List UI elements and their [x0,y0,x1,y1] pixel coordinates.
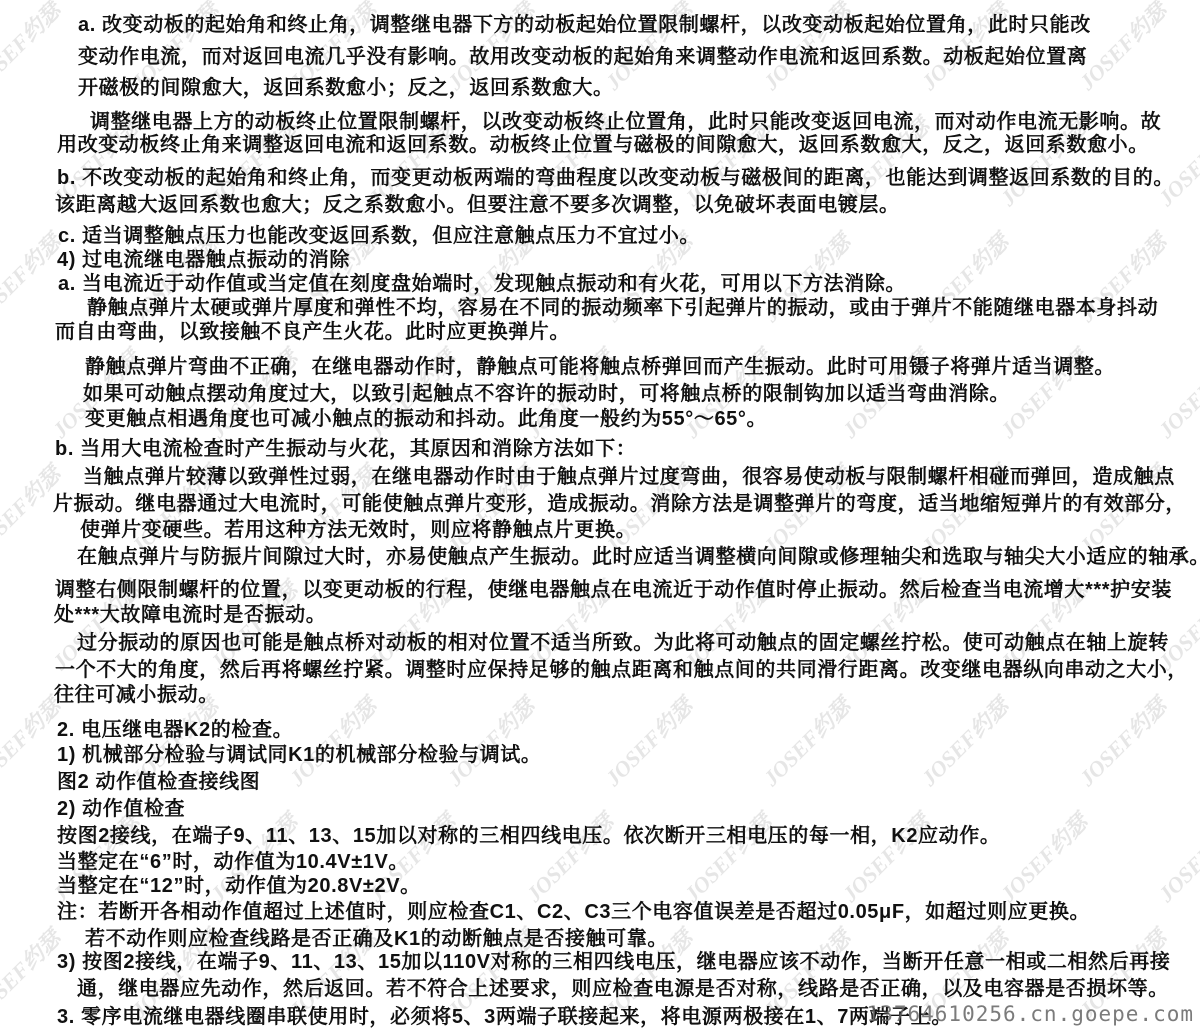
text-line: 开磁极的间隙愈大，返回系数愈小；反之，返回系数愈大。 [78,76,614,100]
text-line: 静触点弹片太硬或弹片厚度和弹性不均，容易在不同的振动频率下引起弹片的振动，或由于… [87,296,1158,320]
text-line: 而自由弯曲，以致接触不良产生火花。此时应更换弹片。 [55,320,570,344]
text-line: 变动作电流，而对返回电流几乎没有影响。故用改变动板的起始角来调整动作电流和返回系… [78,45,1087,69]
brand-watermark: JOSEF约瑟 [282,691,383,792]
brand-watermark: JOSEF约瑟 [1151,807,1200,908]
text-line: 3) 按图2接线，在端子9、11、13、15加以110V对称的三相四线电压，继电… [57,950,1170,974]
text-line: 2. 电压继电器K2的检查。 [57,718,293,742]
text-line: 当整定在“6”时，动作值为10.4V±1V。 [57,850,409,874]
text-line: 按图2接线，在端子9、11、13、15加以对称的三相四线电压。依次断开三相电压的… [57,824,1000,848]
text-line: 2) 动作值检查 [57,797,185,821]
document-page: JOSEF约瑟JOSEF约瑟JOSEF约瑟JOSEF约瑟JOSEF约瑟JOSEF… [0,0,1200,1035]
text-line: 注：若断开各相动作值超过上述值时，则应检查C1、C2、C3三个电容值误差是否超过… [57,900,1090,924]
text-line: 往往可减小振动。 [54,683,219,707]
brand-watermark: JOSEF约瑟 [440,691,541,792]
text-line: 静触点弹片弯曲不正确，在继电器动作时，静触点可能将触点桥弹回而产生振动。此时可用… [85,355,1115,379]
watermark-url: 13764610256.cn.goepe.com [867,1002,1194,1026]
text-line: 一个不大的角度，然后再将螺丝拧紧。调整时应保持足够的触点距离和触点间的共同滑行距… [55,658,1188,682]
text-line: a. 改变动板的起始角和终止角，调整继电器下方的动板起始位置限制螺杆，以改变动板… [78,13,1091,37]
text-line: a. 当电流近于动作值或当定值在刻度盘始端时，发现触点振动和有火花，可用以下方法… [58,272,906,296]
text-line: 1) 机械部分检验与调试同K1的机械部分检验与调试。 [57,743,542,767]
text-line: 使弹片变硬些。若用这种方法无效时，则应将静触点片更换。 [80,518,636,542]
brand-watermark: JOSEF约瑟 [677,807,778,908]
text-line: 调整继电器上方的动板终止位置限制螺杆，以改变动板终止位置角，此时只能改变返回电流… [90,110,1161,134]
text-line: b. 不改变动板的起始角和终止角，而变更动板两端的弯曲程度以改变动板与磁极间的距… [57,166,1174,190]
text-line: 当触点弹片较薄以致弹性过弱，在继电器动作时由于触点弹片过度弯曲，很容易使动板与限… [83,465,1175,489]
brand-watermark: JOSEF约瑟 [1072,691,1173,792]
brand-watermark: JOSEF约瑟 [0,227,67,328]
text-line: c. 适当调整触点压力也能改变返回系数，但应注意触点压力不宜过小。 [58,224,700,248]
brand-watermark: JOSEF约瑟 [993,807,1094,908]
text-line: 过分振动的原因也可能是触点桥对动板的相对位置不适当所致。为此将可动触点的固定螺丝… [77,631,1169,655]
text-line: 如果可动触点摆动角度过大，以致引起触点不容许的振动时，可将触点桥的限制钩加以适当… [83,382,1010,406]
brand-watermark: JOSEF约瑟 [0,0,67,96]
text-line: 在触点弹片与防振片间隙过大时，亦易使触点产生振动。此时应适当调整横向间隙或修理轴… [77,545,1200,569]
text-line: 3. 零序电流继电器线圈串联使用时，必须将5、3两端子联接起来，将电源两极接在1… [57,1005,952,1029]
text-line: b. 当用大电流检查时产生振动与火花，其原因和消除方法如下： [55,437,636,461]
text-line: 片振动。继电器通过大电流时，可能使触点弹片变形，造成振动。消除方法是调整弹片的弯… [53,492,1186,516]
text-line: 若不动作则应检查线路是否正确及K1的动断触点是否接触可靠。 [85,927,668,951]
brand-watermark: JOSEF约瑟 [835,807,936,908]
text-line: 当整定在“12”时，动作值为20.8V±2V。 [57,874,421,898]
text-line: 该距离越大返回系数也愈大；反之系数愈小。但要注意不要多次调整，以免破坏表面电镀层… [55,193,900,217]
text-line: 变更触点相遇角度也可减小触点的振动和抖动。此角度一般约为55°～65°。 [85,407,767,431]
text-line: 4) 过电流继电器触点振动的消除 [57,248,350,272]
brand-watermark: JOSEF约瑟 [914,691,1015,792]
brand-watermark: JOSEF约瑟 [756,691,857,792]
brand-watermark: JOSEF约瑟 [598,691,699,792]
brand-watermark: JOSEF约瑟 [519,807,620,908]
text-line: 用改变动板终止角来调整返回电流和返回系数。动板终止位置与磁极的间隙愈大，返回系数… [57,133,1149,157]
text-line: 通，继电器应先动作，然后返回。若不符合上述要求，则应检查电源是否对称，线路是否正… [77,977,1169,1001]
text-line: 图2 动作值检查接线图 [57,770,260,794]
text-line: 调整右侧限制螺杆的位置，以变更动板的行程，使继电器触点在电流近于动作值时停止振动… [55,578,1172,602]
brand-watermark: JOSEF约瑟 [1151,343,1200,444]
text-line: 处***大故障电流时是否振动。 [54,603,326,627]
